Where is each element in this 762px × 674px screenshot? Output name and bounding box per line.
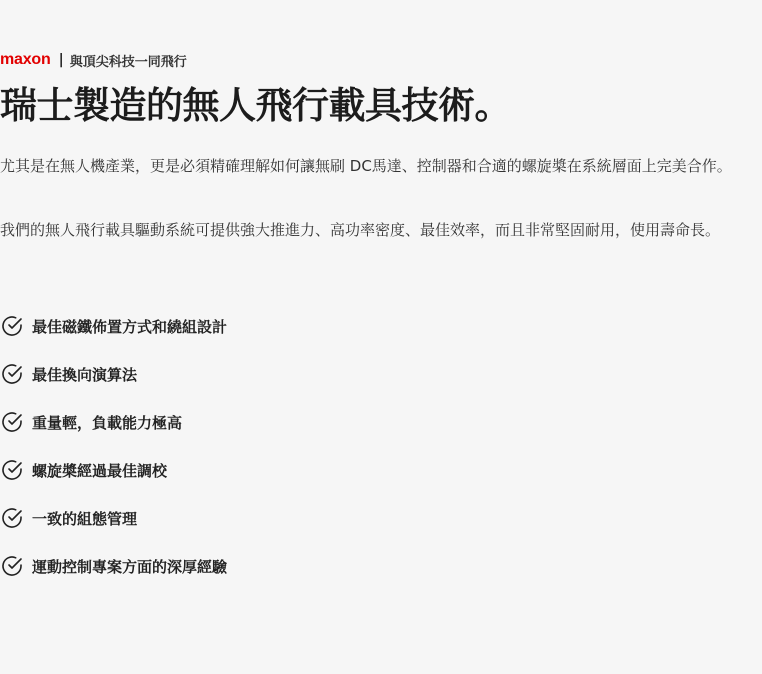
- feature-label: 最佳磁鐵佈置方式和繞組設計: [32, 316, 227, 337]
- feature-item: 最佳磁鐵佈置方式和繞組設計: [0, 314, 227, 338]
- feature-label: 螺旋槳經過最佳調校: [32, 460, 167, 481]
- feature-item: 最佳換向演算法: [0, 362, 227, 386]
- check-circle-icon: [0, 314, 24, 338]
- maxon-logo[interactable]: maxon: [0, 51, 51, 69]
- brand-tagline: 與頂尖科技一同飛行: [70, 51, 187, 70]
- feature-item: 運動控制專案方面的深厚經驗: [0, 554, 227, 578]
- feature-list: 最佳磁鐵佈置方式和繞組設計 最佳換向演算法 重量輕，負載能力極高 螺旋槳經過最佳…: [0, 314, 227, 602]
- intro-paragraph: 尤其是在無人機產業，更是必須精確理解如何讓無刷 DC馬達、控制器和合適的螺旋槳在…: [0, 155, 755, 178]
- feature-label: 一致的組態管理: [32, 508, 137, 529]
- brand-separator: |: [59, 52, 64, 68]
- feature-label: 最佳換向演算法: [32, 364, 137, 385]
- drive-systems-paragraph: 我們的無人飛行載具驅動系統可提供強大推進力、高功率密度、最佳效率，而且非常堅固耐…: [0, 219, 755, 242]
- feature-item: 重量輕，負載能力極高: [0, 410, 227, 434]
- check-circle-icon: [0, 410, 24, 434]
- check-circle-icon: [0, 506, 24, 530]
- page-headline: 瑞士製造的無人飛行載具技術。: [0, 84, 511, 128]
- feature-item: 螺旋槳經過最佳調校: [0, 458, 227, 482]
- page: maxon | 與頂尖科技一同飛行 瑞士製造的無人飛行載具技術。 尤其是在無人機…: [0, 0, 762, 674]
- brand-header: maxon | 與頂尖科技一同飛行: [0, 50, 187, 70]
- check-circle-icon: [0, 362, 24, 386]
- feature-label: 重量輕，負載能力極高: [32, 412, 182, 433]
- check-circle-icon: [0, 554, 24, 578]
- check-circle-icon: [0, 458, 24, 482]
- feature-item: 一致的組態管理: [0, 506, 227, 530]
- feature-label: 運動控制專案方面的深厚經驗: [32, 556, 227, 577]
